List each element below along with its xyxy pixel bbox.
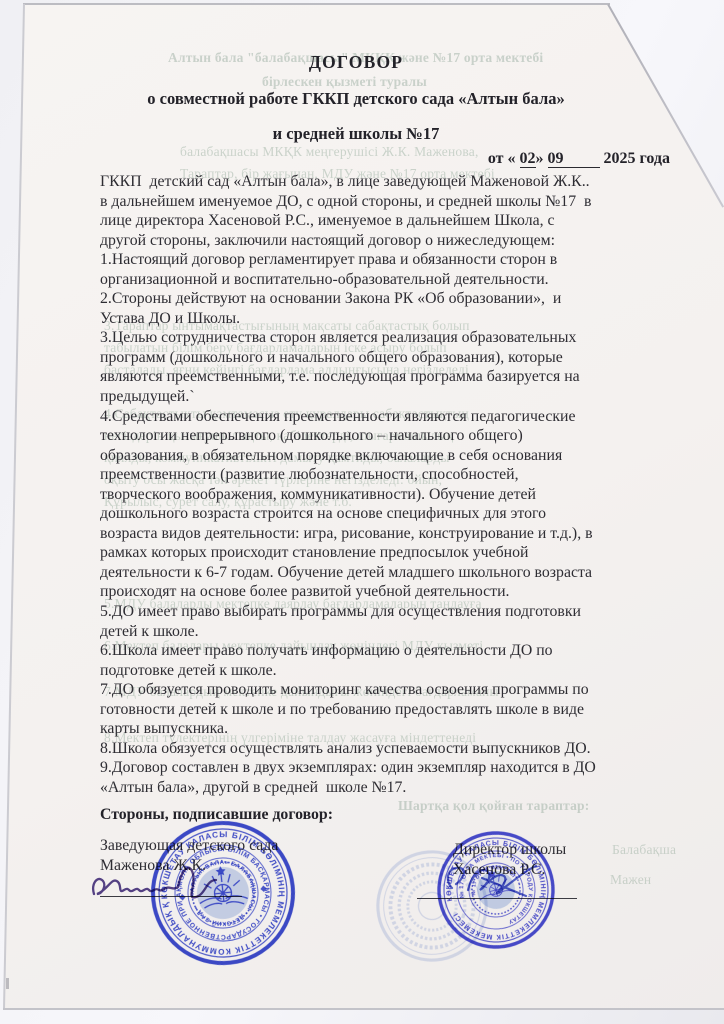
body-line: «Алтын бала», другой в средней школе №17…	[100, 778, 670, 798]
page-edge-top	[23, 3, 610, 5]
date-close-quote: »	[536, 150, 548, 167]
body-line: преемственности (развитие любознательнос…	[100, 465, 670, 485]
bleedthrough-line: балабақшасы МКҚК меңгерушісі Ж.К. Мажено…	[180, 144, 479, 160]
date-prefix: от «	[488, 150, 520, 167]
body-line: карты выпускника.	[100, 719, 670, 739]
body-line: образования, в обязательном порядке вклю…	[100, 446, 670, 466]
body-line: являются преемственными, т.е. последующа…	[100, 367, 670, 387]
body-line: Устава ДО и Школы.	[100, 309, 670, 329]
body-line: в дальнейшем именуемое ДО, с одной сторо…	[100, 192, 670, 212]
date-day: 02	[520, 150, 536, 168]
body-line: 8.Школа обязуется осуществлять анализ ус…	[100, 739, 670, 759]
contract-body: ГККП детский сад «Алтын бала», в лице за…	[100, 172, 670, 798]
body-line: программ (дошкольного и начального общег…	[100, 348, 670, 368]
document-subtitle-1: о совместной работе ГККП детского сада «…	[40, 89, 672, 109]
body-line: технологии непрерывного (дошкольного – н…	[100, 426, 670, 446]
body-line: детей к школе.	[100, 622, 670, 642]
bleedthrough-line: Мажен	[610, 872, 651, 888]
body-line: готовности детей к школе и по требованию…	[100, 700, 670, 720]
scan-artifact-mark	[6, 978, 9, 989]
scanned-contract-page: Алтын бала "балабақшасы" МКҚК және №17 о…	[0, 0, 724, 1024]
body-line: ГККП детский сад «Алтын бала», в лице за…	[100, 172, 670, 192]
body-line: 3.Целью сотрудничества сторон является р…	[100, 328, 670, 348]
body-line: организационной и воспитательно-образова…	[100, 270, 670, 290]
body-line: возраста видов деятельности: игра, рисов…	[100, 524, 670, 544]
body-line: 1.Настоящий договор регламентирует права…	[100, 250, 670, 270]
date-year: 2025 года	[600, 150, 671, 167]
body-line: происходят на основе более развитой учеб…	[100, 582, 670, 602]
date-month: 09	[548, 150, 600, 168]
body-line: дошкольного возраста строится на основе …	[100, 504, 670, 524]
body-line: другой стороны, заключили настоящий дого…	[100, 231, 670, 251]
body-line: рамках которых происходит становление пр…	[100, 543, 670, 563]
bleedthrough-line: бірлескен қызметі туралы	[262, 74, 427, 90]
body-line: 4.Средствами обеспечения преемственности…	[100, 407, 670, 427]
page-edge-bottom	[3, 1008, 724, 1010]
body-line: предыдущей.`	[100, 387, 670, 407]
document-title: ДОГОВОР	[40, 52, 672, 73]
body-line: подготовке детей к школе.	[100, 661, 670, 681]
document-subtitle-2: и средней школы №17	[40, 124, 672, 144]
body-line: 2.Стороны действуют на основании Закона …	[100, 289, 670, 309]
body-line: творческого воображения, коммуникативнос…	[100, 485, 670, 505]
body-line: 6.Школа имеет право получать информацию …	[100, 641, 670, 661]
body-line: 5.ДО имеет право выбирать программы для …	[100, 602, 670, 622]
body-line: 7.ДО обязуется проводить мониторинг каче…	[100, 680, 670, 700]
bleedthrough-line: Балабақша	[612, 842, 676, 858]
body-line: 9.Договор составлен в двух экземплярах: …	[100, 758, 670, 778]
body-line: лице директора Хасеновой Р.С., именуемое…	[100, 211, 670, 231]
body-line: деятельности к 6-7 годам. Обучение детей…	[100, 563, 670, 583]
kindergarten-round-stamp: КӨКШЕТАУ ҚАЛАСЫ БІЛІМ БӨЛІМІНІҢ МЕМЛЕКЕТ…	[141, 811, 306, 976]
bleedthrough-line: Шартқа қол қойған тараптар:	[398, 798, 589, 814]
contract-date: от « 02» 09 2025 года	[488, 150, 670, 168]
